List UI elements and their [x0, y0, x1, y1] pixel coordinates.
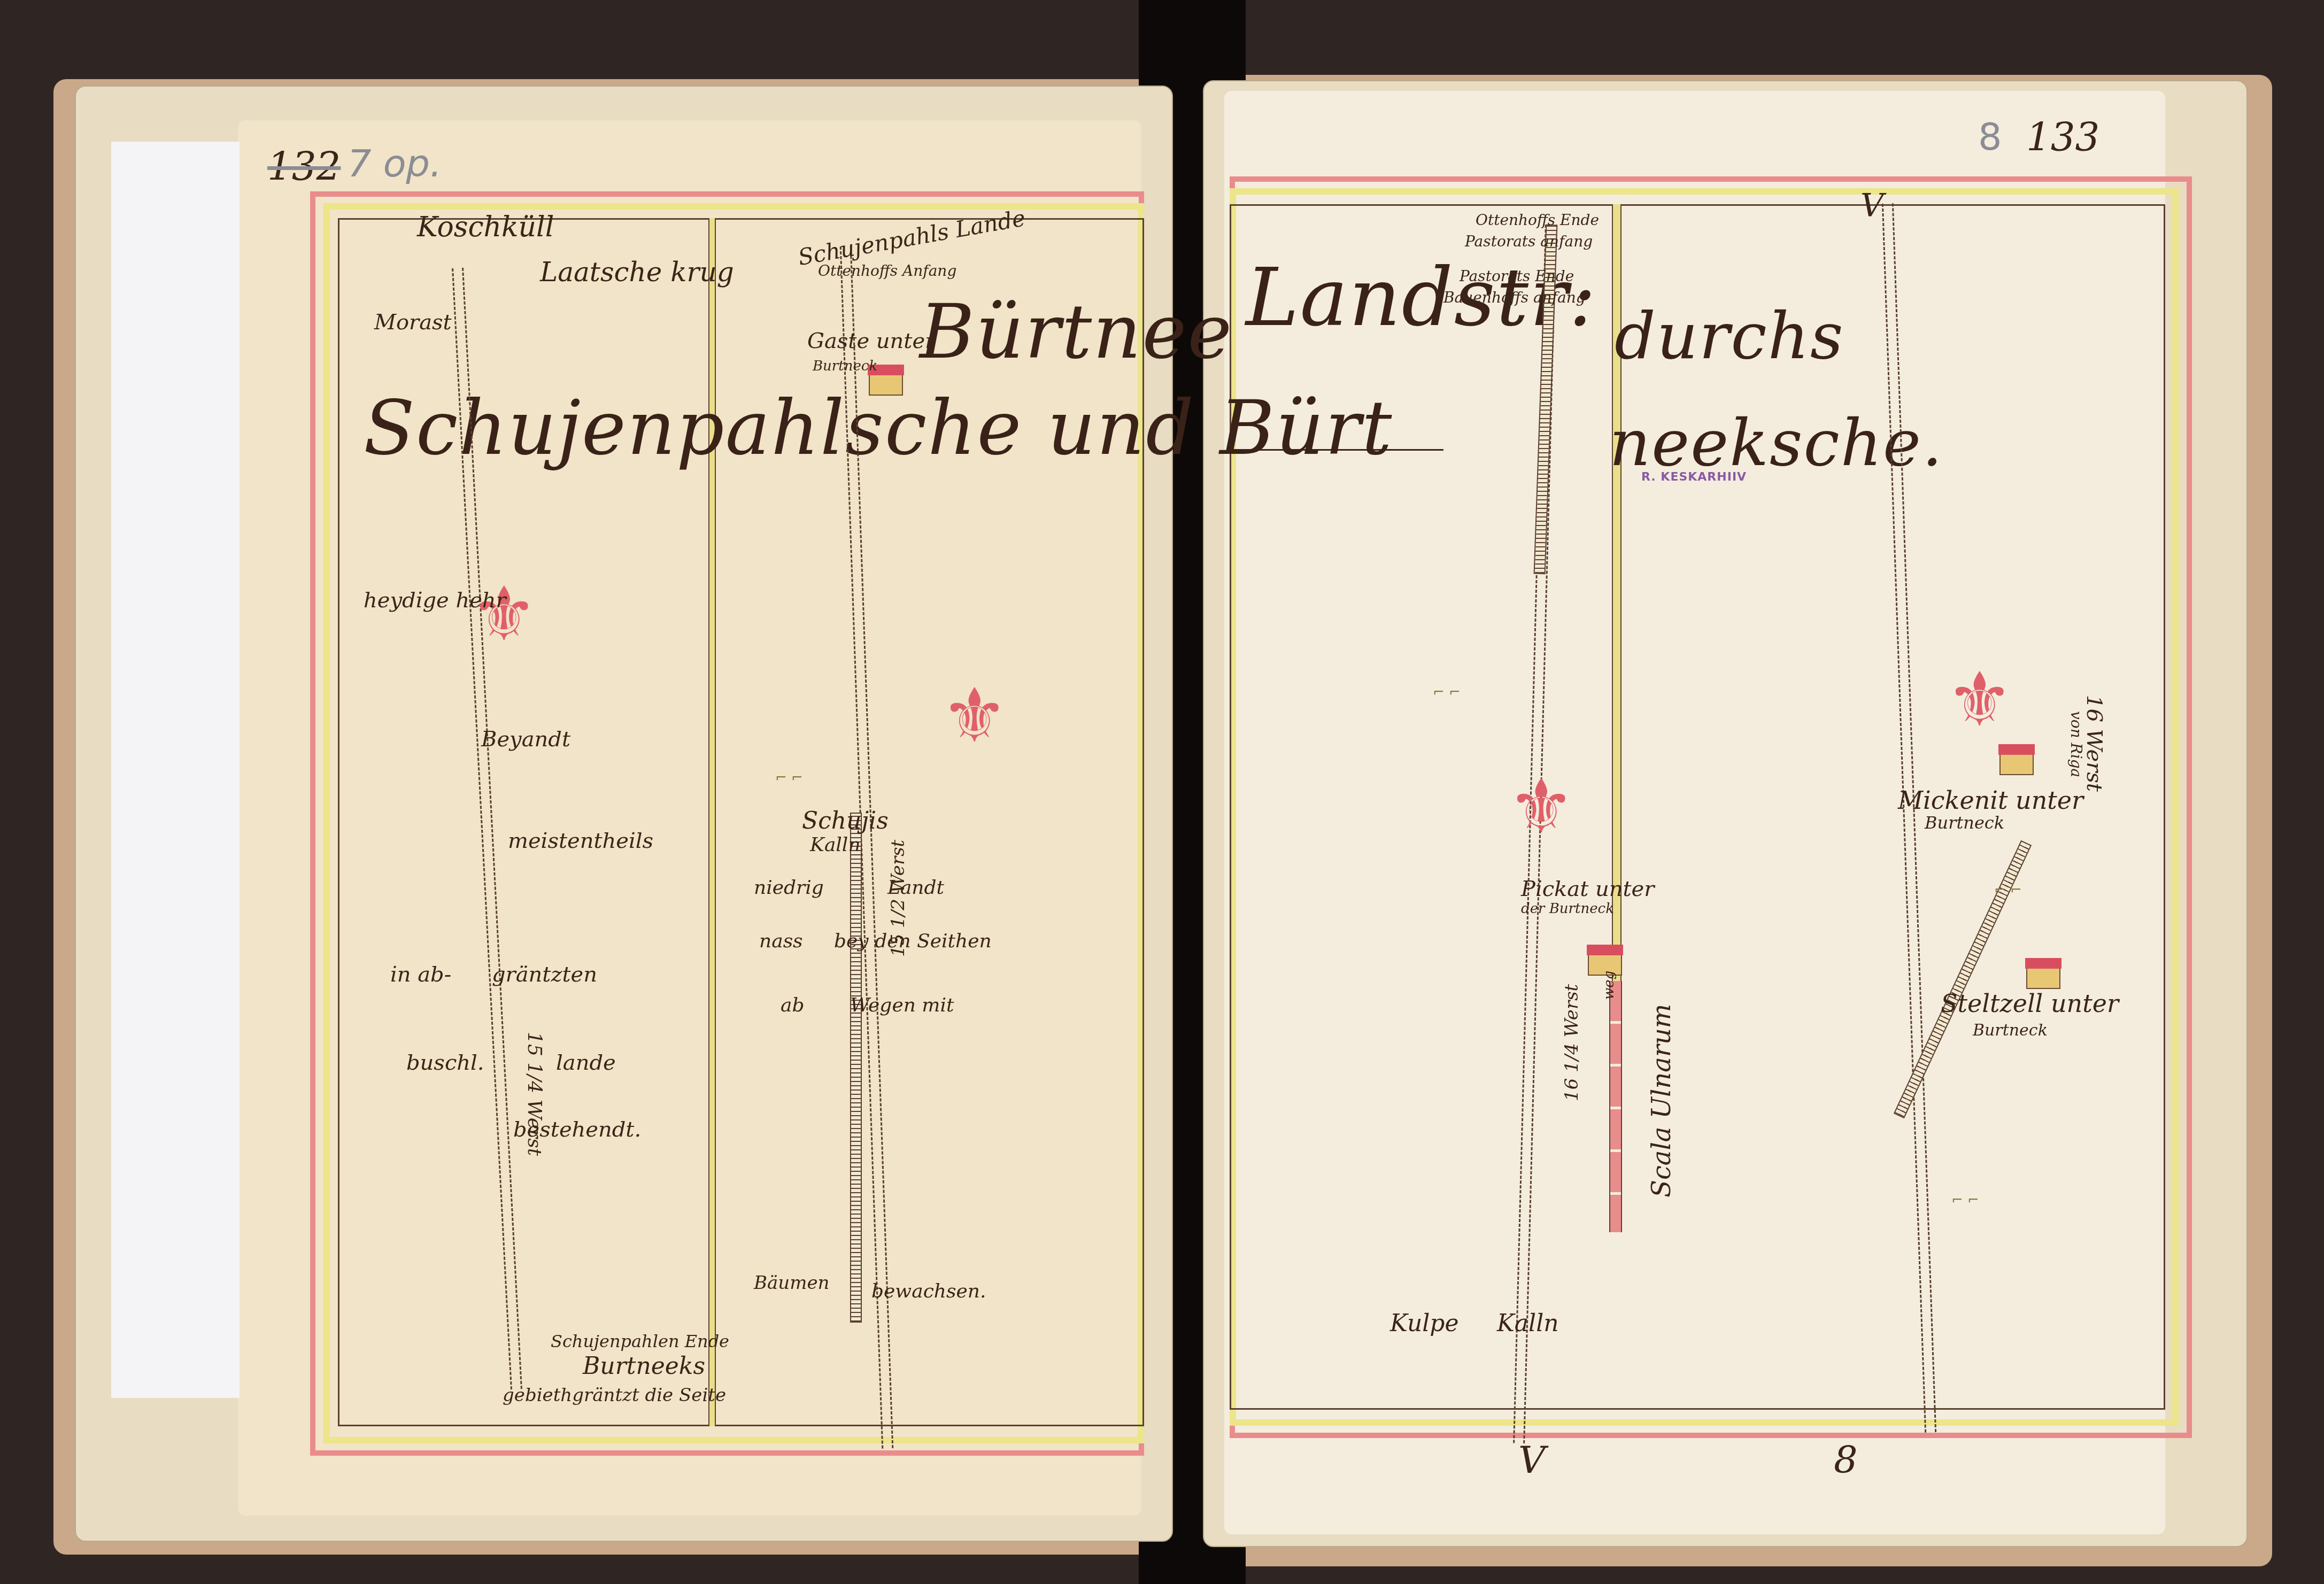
pencil-note-right: 8	[1978, 115, 2002, 159]
farmstead-icon	[1999, 754, 2034, 775]
label-bewachsen: bewachsen.	[871, 1280, 986, 1302]
label-morast: Morast	[374, 310, 452, 335]
label-distance-2: 15 1/2 Werst	[887, 840, 909, 957]
folio-number-left: 132	[267, 144, 341, 189]
label-laatsche: Laatsche krug	[540, 257, 734, 288]
label-bey-den-seithen: bey den Seithen	[834, 930, 992, 952]
label-gaste: Gaste unter	[807, 329, 935, 353]
label-niedrig: niedrig	[754, 877, 824, 899]
label-buschl: buschl.	[406, 1050, 484, 1075]
label-kalln-left: Kalln	[810, 834, 861, 856]
label-kalln-right: Kalln	[1497, 1310, 1559, 1337]
label-scala-ulnarum: Scala Ulnarum	[1647, 1004, 1677, 1197]
compass-rose-icon: ⚜	[1508, 770, 1575, 845]
label-grantzten: gräntzten	[492, 962, 597, 987]
marsh-symbol-icon: ⌐ ⌐	[775, 770, 803, 786]
label-bauenhoffs-anfang: Bauenhoffs anfang	[1443, 289, 1586, 306]
label-schujis: Schujis	[802, 807, 889, 835]
label-lande: lande	[556, 1050, 616, 1075]
title-burtnee: Bürtnee	[920, 289, 1233, 376]
label-koschkull: Koschküll	[417, 211, 554, 243]
title-durchs: durchs	[1615, 299, 1844, 374]
label-pickat: Pickat unter	[1521, 877, 1654, 901]
marker-8-bottom: 8	[1834, 1438, 1858, 1482]
archive-stamp: R. KESKARHIIV	[1641, 470, 1747, 484]
label-schujenpahlen-ende: Schujenpahlen Ende	[551, 1331, 729, 1351]
label-ottenhoffs-ende: Ottenhoffs Ende	[1476, 211, 1599, 229]
farmstead-icon	[869, 374, 903, 396]
label-weg: weg	[1601, 971, 1617, 1000]
label-ottenhoff-anfang: Ottenhoffs Anfang	[818, 262, 956, 280]
marsh-symbol-icon: ⌐ ⌐	[1433, 684, 1461, 700]
label-baumen: Bäumen	[754, 1272, 829, 1294]
marsh-symbol-icon: ⌐ ⌐	[1994, 882, 2022, 898]
label-kulpe: Kulpe	[1390, 1310, 1459, 1337]
label-distance-3: 16 1/4 Werst	[1561, 984, 1582, 1101]
label-pickat-sub: der Burtneck	[1521, 901, 1614, 917]
marker-v-bottom: V	[1518, 1438, 1546, 1482]
farmstead-icon	[2026, 968, 2060, 989]
causeway-left-col2	[850, 813, 862, 1323]
label-in-ab: in ab-	[390, 962, 451, 987]
label-bestehendt: bestehendt.	[513, 1117, 641, 1142]
marsh-symbol-icon: ⌐ ⌐	[1951, 1192, 1979, 1208]
compass-rose-icon: ⚜	[941, 679, 1008, 754]
label-steltzell-sub: Burtneck	[1973, 1021, 2048, 1040]
label-beyandt: Beyandt	[481, 727, 570, 752]
label-burtneeks: Burtneeks	[583, 1353, 705, 1380]
label-steltzell: Steltzell unter	[1941, 989, 2119, 1018]
folio-number-right: 133	[2026, 115, 2099, 160]
label-von-riga: von Riga	[2067, 711, 2085, 777]
label-gaste-sub: Burtneck	[813, 358, 877, 374]
label-wegen-mit: Wegen mit	[850, 994, 954, 1016]
label-gebiet: gebiethgräntzt die Seite	[503, 1385, 726, 1406]
label-mickenit: Mickenit unter	[1898, 786, 2083, 815]
label-pastorats-anfang: Pastorats anfang	[1465, 233, 1593, 250]
label-nass: nass	[759, 930, 803, 952]
title-schujenpahlsche: Schujenpahlsche und Bürt	[364, 385, 1393, 472]
label-mickenit-sub: Burtneck	[1925, 813, 2004, 833]
marker-v-top: V	[1860, 187, 1883, 225]
label-meistentheils: meistentheils	[508, 829, 653, 853]
label-ab: ab	[781, 994, 805, 1016]
label-heath: heydige hehr	[364, 588, 506, 613]
paper-slip	[111, 142, 240, 1398]
label-distance-4: 16 Werst	[2082, 695, 2106, 792]
scale-bar	[1609, 981, 1622, 1232]
pencil-note-left: 7 op.	[348, 142, 442, 186]
compass-rose-icon: ⚜	[1946, 663, 2013, 738]
label-pastorats-ende: Pastorats Ende	[1460, 267, 1574, 285]
